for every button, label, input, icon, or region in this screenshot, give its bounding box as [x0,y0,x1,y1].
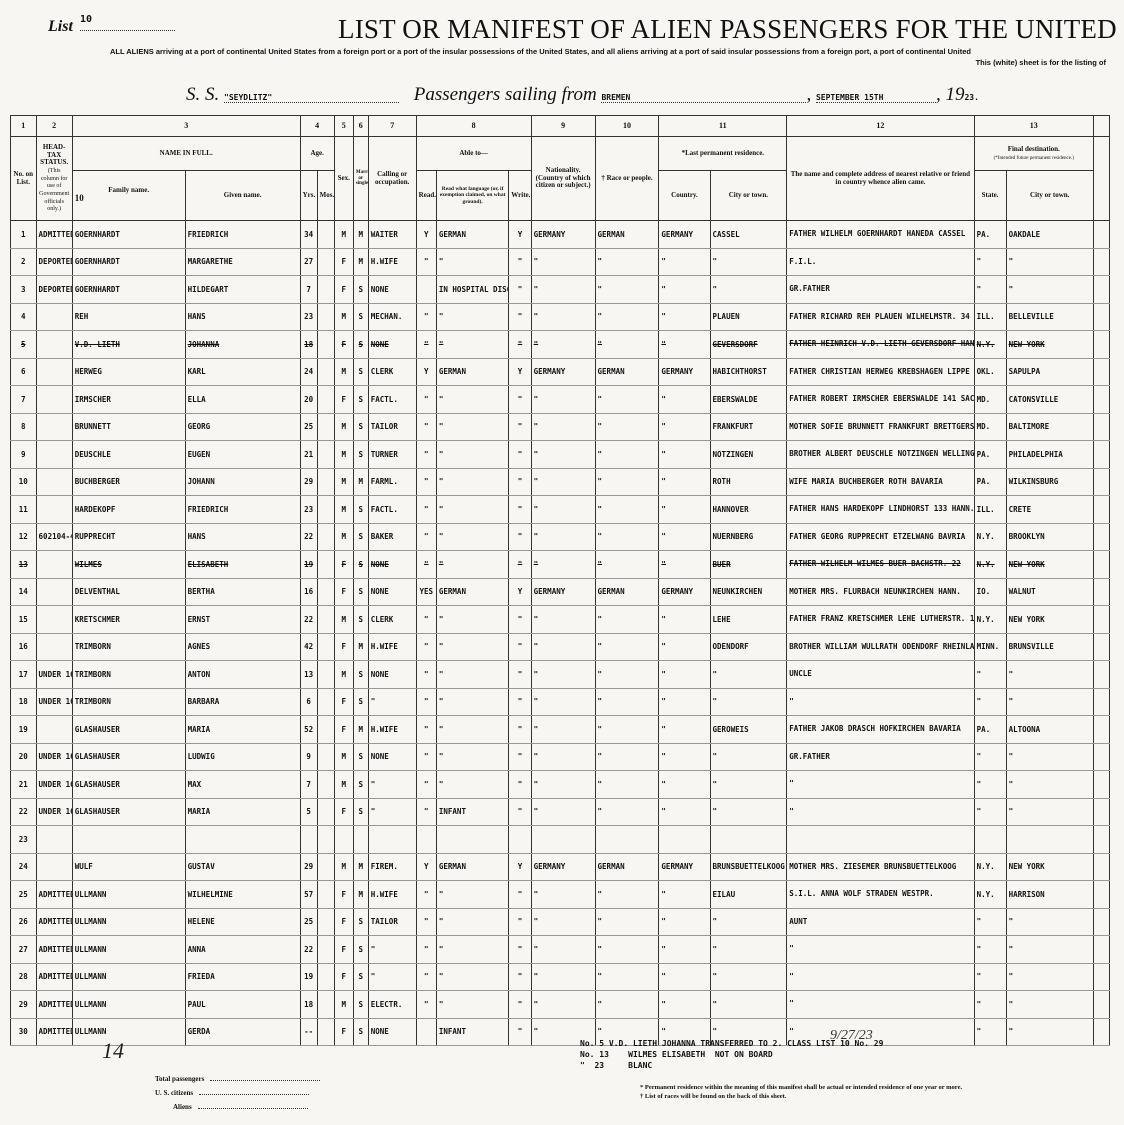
footnotes: * Permanent residence within the meaning… [640,1083,962,1101]
cell-family: BUCHBERGER [72,468,185,496]
cell-status [36,633,72,661]
cell-country: " [659,963,710,991]
header-relative: The name and complete address of nearest… [787,137,974,221]
cell-race: GERMAN [595,221,659,249]
cell-read: " [416,386,436,414]
cell-no: 20 [11,743,37,771]
cell-status [36,303,72,331]
cell-sex: F [334,881,353,909]
cell-write: " [509,413,531,441]
colnum-11: 11 [659,116,787,137]
cell-country: " [659,688,710,716]
cell-no: 25 [11,881,37,909]
cell-city: " [710,248,787,276]
cell-mos [317,496,334,524]
cell-city: " [710,963,787,991]
cell-city: EBERSWALDE [710,386,787,414]
cell-given: GEORG [185,413,300,441]
cell-blank [1093,248,1109,276]
cell-lang: " [436,661,508,689]
departure-date: SEPTEMBER 15TH [816,93,936,103]
cell-status [36,386,72,414]
colnum-1: 1 [11,116,37,137]
table-row: 22UNDER 16GLASHAUSERMARIA5FS""INFANT""""… [11,798,1110,826]
cell-status: ADMITTED [36,221,72,249]
cell-blank [1093,963,1109,991]
table-row: 9DEUSCHLEEUGEN21MSTURNER""""""NOTZINGENB… [11,441,1110,469]
cell-ms: S [353,303,368,331]
cell-mos [317,688,334,716]
cell-given: BERTHA [185,578,300,606]
cell-nat: GERMANY [531,358,595,386]
cell-yrs: 23 [300,496,317,524]
cell-nat: GERMANY [531,853,595,881]
cell-mos [317,413,334,441]
cell-mos [317,303,334,331]
aliens-label: Aliens [173,1103,192,1111]
cell-relative: UNCLE [787,661,974,689]
cell-yrs: 57 [300,881,317,909]
cell-city: NEUNKIRCHEN [710,578,787,606]
cell-occ: BAKER [368,523,416,551]
cell-family: GLASHAUSER [72,798,185,826]
cell-no: 11 [11,496,37,524]
header-given-name: Given name. [185,171,300,221]
table-row: 21UNDER 16GLASHAUSERMAX7MS""""""""""" [11,771,1110,799]
cell-status: UNDER 16 [36,743,72,771]
cell-occ: WAITER [368,221,416,249]
cell-read: " [416,661,436,689]
cell-blank [1093,661,1109,689]
cell-relative: BROTHER WILLIAM WULLRATH ODENDORF RHEINL… [787,633,974,661]
header-city: City or town. [710,171,787,221]
cell-blank [1093,1018,1109,1046]
table-row: 6HERWEGKARL24MSCLERKYGERMANYGERMANYGERMA… [11,358,1110,386]
cell-yrs: 42 [300,633,317,661]
cell-nat: " [531,551,595,579]
cell-dest: NEW YORK [1006,551,1093,579]
header-age-yrs: Yrs. [300,171,317,221]
cell-mos [317,963,334,991]
cell-country: " [659,413,710,441]
table-row: 20UNDER 16GLASHAUSERLUDWIG9MSNONE"""""""… [11,743,1110,771]
cell-yrs: 29 [300,853,317,881]
cell-blank [1093,606,1109,634]
cell-lang: " [436,688,508,716]
cell-sex: F [334,963,353,991]
cell-country: " [659,303,710,331]
cell-sex: M [334,853,353,881]
cell-nat: " [531,936,595,964]
cell-country: " [659,908,710,936]
cell-city: LEHE [710,606,787,634]
cell-given: FRIEDA [185,963,300,991]
cell-no: 26 [11,908,37,936]
table-row: 5V.D. LIETHJOHANNA18FSNONE""""""GEVERSDO… [11,331,1110,359]
cell-occ: ELECTR. [368,991,416,1019]
cell-nat: " [531,276,595,304]
sheet-mark: 14 [102,1038,124,1064]
cell-ms: S [353,551,368,579]
cell-country: " [659,798,710,826]
cell-family [72,826,185,854]
cell-city: " [710,798,787,826]
cell-race: GERMAN [595,853,659,881]
cell-ms: S [353,963,368,991]
cell-status: 602104-4/23/31 [36,523,72,551]
cell-nat [531,826,595,854]
cell-write: " [509,496,531,524]
header-no-on-list: No. on List. [11,137,37,221]
cell-family: ULLMANN [72,963,185,991]
table-row: 4REHHANS23MSMECHAN.""""""PLAUENFATHER RI… [11,303,1110,331]
cell-given: BARBARA [185,688,300,716]
cell-no: 14 [11,578,37,606]
footnote-races: † List of races will be found on the bac… [640,1092,962,1101]
cell-dest: " [1006,991,1093,1019]
cell-city: CASSEL [710,221,787,249]
cell-state: " [974,908,1006,936]
cell-given: FRIEDRICH [185,496,300,524]
cell-dest: BRUNSVILLE [1006,633,1093,661]
cell-relative: FATHER RICHARD REH PLAUEN WILHELMSTR. 34 [787,303,974,331]
cell-no: 6 [11,358,37,386]
cell-state: PA. [974,221,1006,249]
cell-state: PA. [974,716,1006,744]
cell-dest: NEW YORK [1006,606,1093,634]
cell-yrs: 13 [300,661,317,689]
table-row: 29ADMITTEDULLMANNPAUL18MSELECTR.""""""""… [11,991,1110,1019]
cell-no: 10 [11,468,37,496]
cell-family: RUPPRECHT [72,523,185,551]
cell-family: ULLMANN [72,1018,185,1046]
cell-mos [317,551,334,579]
cell-occ: H.WIFE [368,716,416,744]
page-title: LIST OR MANIFEST OF ALIEN PASSENGERS FOR… [338,14,1117,45]
cell-ms: M [353,853,368,881]
table-row: 19GLASHAUSERMARIA52FMH.WIFE""""""GEROWEI… [11,716,1110,744]
cell-read: " [416,523,436,551]
cell-blank [1093,468,1109,496]
cell-mos [317,991,334,1019]
cell-family: TRIMBORN [72,633,185,661]
final-dest-label: Final destination. [1008,145,1060,153]
cell-country [659,826,710,854]
cell-lang: INFANT [436,1018,508,1046]
colnum-12: 12 [787,116,974,137]
cell-relative: " [787,771,974,799]
cell-occ: MECHAN. [368,303,416,331]
cell-sex: M [334,661,353,689]
cell-country: " [659,743,710,771]
cell-blank [1093,798,1109,826]
final-dest-note: (*Intended future permanent residence.) [994,156,1074,161]
cell-write: " [509,248,531,276]
cell-yrs: 52 [300,716,317,744]
cell-blank [1093,578,1109,606]
cell-sex: M [334,303,353,331]
cell-blank [1093,881,1109,909]
cell-race: " [595,551,659,579]
us-citizens-label: U. S. citizens [155,1089,193,1097]
cell-write: " [509,386,531,414]
cell-country: " [659,276,710,304]
cell-given: GUSTAV [185,853,300,881]
cell-relative: MOTHER MRS. ZIESEMER BRUNSBUETTELKOOG [787,853,974,881]
cell-given: LUDWIG [185,743,300,771]
cell-write: " [509,908,531,936]
cell-ms: M [353,716,368,744]
cell-lang: INFANT [436,798,508,826]
cell-race: " [595,661,659,689]
cell-nat: " [531,908,595,936]
cell-race: " [595,881,659,909]
header-read-language: Read what language (or, if exemption cla… [436,171,508,221]
cell-given: ANTON [185,661,300,689]
cell-write: " [509,441,531,469]
cell-state: N.Y. [974,853,1006,881]
cell-blank [1093,771,1109,799]
cell-ms: S [353,1018,368,1046]
cell-state: ILL. [974,303,1006,331]
cell-state: " [974,661,1006,689]
cell-write: " [509,936,531,964]
cell-city: BUER [710,551,787,579]
cell-occ: CLERK [368,358,416,386]
cell-no: 24 [11,853,37,881]
table-row: 18UNDER 16TRIMBORNBARBARA6FS""""""""""" [11,688,1110,716]
cell-write: " [509,303,531,331]
cell-read: " [416,633,436,661]
cell-no: 18 [11,688,37,716]
header-family-name: Family name.10 [72,171,185,221]
cell-blank [1093,826,1109,854]
table-row: 27ADMITTEDULLMANNANNA22FS""""""""""" [11,936,1110,964]
cell-given: HELENE [185,908,300,936]
cell-ms: S [353,661,368,689]
cell-mos [317,826,334,854]
header-age: Age. [300,137,334,171]
cell-no: 21 [11,771,37,799]
header-final-destination: Final destination.(*Intended future perm… [974,137,1093,171]
cell-read: " [416,331,436,359]
cell-family: REH [72,303,185,331]
cell-relative: FATHER WILHELM WILMES BUER BACHSTR. 22 [787,551,974,579]
cell-status: ADMITTED [36,1018,72,1046]
departure-port: BREMEN [601,93,806,103]
cell-relative: FATHER HEINRICH V.D. LIETH GEVERSDORF HA… [787,331,974,359]
total-passengers-field [210,1080,320,1081]
cell-mos [317,936,334,964]
cell-ms: S [353,991,368,1019]
cell-mos [317,743,334,771]
year-prefix: 19 [945,84,964,105]
cell-no: 27 [11,936,37,964]
cell-family: GLASHAUSER [72,771,185,799]
cell-dest: " [1006,908,1093,936]
cell-yrs: 25 [300,908,317,936]
cell-given: ANNA [185,936,300,964]
cell-city: " [710,688,787,716]
cell-occ: " [368,798,416,826]
cell-blank [1093,908,1109,936]
cell-sex: M [334,468,353,496]
cell-family: ULLMANN [72,881,185,909]
head-tax-note: (This column for use of Government offic… [39,168,69,212]
header-married: Married or single. [353,137,368,221]
cell-nat: " [531,468,595,496]
table-row: 26ADMITTEDULLMANNHELENE25FSTAILOR"""""""… [11,908,1110,936]
cell-state: N.Y. [974,523,1006,551]
cell-mos [317,716,334,744]
cell-given: PAUL [185,991,300,1019]
header-sex: Sex. [334,137,353,221]
manifest-table: 1 2 3 4 5 6 7 8 9 10 11 12 13 No. on Lis… [10,115,1110,1046]
cell-mos [317,331,334,359]
cell-occ: H.WIFE [368,633,416,661]
cell-write: " [509,633,531,661]
cell-race: " [595,908,659,936]
colnum-10: 10 [595,116,659,137]
cell-state: N.Y. [974,331,1006,359]
cell-write: " [509,551,531,579]
cell-race: " [595,606,659,634]
cell-city: EILAU [710,881,787,909]
cell-write: " [509,688,531,716]
cell-mos [317,358,334,386]
cell-lang: " [436,743,508,771]
colnum-4: 4 [300,116,334,137]
cell-yrs: 6 [300,688,317,716]
cell-given: ELISABETH [185,551,300,579]
cell-read: " [416,963,436,991]
cell-sex: F [334,908,353,936]
cell-status: UNDER 16 [36,661,72,689]
cell-blank [1093,496,1109,524]
cell-nat: GERMANY [531,578,595,606]
cell-lang: " [436,991,508,1019]
cell-nat: " [531,606,595,634]
cell-status [36,358,72,386]
cell-yrs: 19 [300,963,317,991]
cell-ms: S [353,771,368,799]
cell-blank [1093,386,1109,414]
cell-nat: " [531,743,595,771]
cell-relative: GR.FATHER [787,743,974,771]
table-row: 12602104-4/23/31RUPPRECHTHANS22MSBAKER""… [11,523,1110,551]
cell-lang: " [436,413,508,441]
cell-occ: CLERK [368,606,416,634]
cell-state: " [974,1018,1006,1046]
cell-read: " [416,413,436,441]
cell-no: 15 [11,606,37,634]
table-row: 15KRETSCHMERERNST22MSCLERK""""""LEHEFATH… [11,606,1110,634]
cell-mos [317,633,334,661]
column-number-row: 1 2 3 4 5 6 7 8 9 10 11 12 13 [11,116,1110,137]
cell-city: " [710,276,787,304]
cell-sex: M [334,441,353,469]
cell-status: ADMITTED [36,908,72,936]
cell-race [595,826,659,854]
cell-yrs: 16 [300,578,317,606]
table-row: 14DELVENTHALBERTHA16FSNONEYESGERMANYGERM… [11,578,1110,606]
cell-occ: TURNER [368,441,416,469]
cell-no: 5 [11,331,37,359]
cell-family: HARDEKOPF [72,496,185,524]
cell-sex [334,826,353,854]
inspector-date: 9/27/23 [830,1028,873,1044]
colnum-5: 5 [334,116,353,137]
cell-nat: " [531,413,595,441]
cell-lang: " [436,303,508,331]
cell-relative: GR.FATHER [787,276,974,304]
cell-given: MAX [185,771,300,799]
cell-given: MARGARETHE [185,248,300,276]
cell-country: " [659,936,710,964]
cell-read: " [416,771,436,799]
cell-dest: BELLEVILLE [1006,303,1093,331]
cell-country: " [659,523,710,551]
header-calling: Calling or occupation. [368,137,416,221]
cell-dest: NEW YORK [1006,331,1093,359]
cell-lang: GERMAN [436,221,508,249]
us-citizens-field [199,1094,309,1095]
cell-occ: NONE [368,276,416,304]
cell-status [36,853,72,881]
cell-lang: GERMAN [436,358,508,386]
cell-nat: " [531,496,595,524]
year: 23. [964,93,978,102]
cell-mos [317,661,334,689]
cell-lang: IN HOSPITAL DISCHARGED [436,276,508,304]
family-name-label: Family name. [108,186,149,194]
cell-race: " [595,386,659,414]
cell-sex: M [334,496,353,524]
cell-status [36,496,72,524]
cell-ms: M [353,248,368,276]
cell-read: " [416,716,436,744]
table-row: 11HARDEKOPFFRIEDRICH23MSFACTL.""""""HANN… [11,496,1110,524]
ship-prefix: S. S. [186,84,219,105]
cell-family: GOERNHARDT [72,276,185,304]
cell-nat: " [531,991,595,1019]
cell-read: " [416,798,436,826]
cell-lang: " [436,908,508,936]
cell-no: 23 [11,826,37,854]
cell-blank [1093,853,1109,881]
cell-no: 3 [11,276,37,304]
cell-race: " [595,523,659,551]
cell-mos [317,441,334,469]
cell-family: WILMES [72,551,185,579]
cell-nat: " [531,881,595,909]
cell-dest: " [1006,743,1093,771]
header-write: Write. [509,171,531,221]
cell-write: Y [509,578,531,606]
cell-blank [1093,743,1109,771]
cell-blank [1093,936,1109,964]
cell-status [36,468,72,496]
cell-write: " [509,771,531,799]
cell-family: WULF [72,853,185,881]
colnum-8: 8 [416,116,531,137]
cell-blank [1093,551,1109,579]
cell-city: " [710,936,787,964]
table-row: 23 [11,826,1110,854]
cell-country: " [659,248,710,276]
cell-sex: F [334,633,353,661]
cell-relative: S.I.L. ANNA WOLF STRADEN WESTPR. [787,881,974,909]
